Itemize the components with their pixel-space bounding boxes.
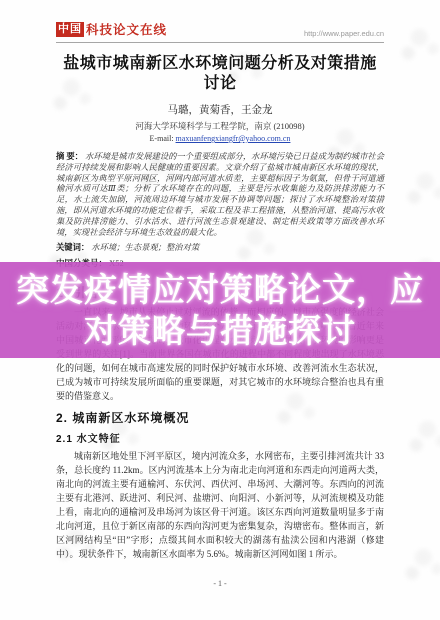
abstract-paragraph: 摘 要： 水环境是城市发展建设的一个重要组成部分，水环境污染已日益成为制约城市社… (56, 152, 384, 238)
logo-text: 科技论文在线 (86, 20, 167, 38)
promo-banner-line2: 对策略与措施探讨 (84, 310, 356, 351)
section-2-1-paragraph: 城南新区地处里下河平原区，境内河流众多，水网密布，主要引排河流共计 33 条，总… (56, 449, 384, 561)
keywords-text: 水环境；生态景观；整治对策 (91, 243, 199, 252)
section-2-1-heading: 2.1 水文特征 (56, 430, 384, 445)
abstract-text: 水环境是城市发展建设的一个重要组成部分，水环境污染已日益成为制约城市社会经济可持… (56, 152, 384, 237)
page-header: 中国 科技论文在线 http://www.paper.edu.cn (56, 20, 384, 43)
promo-banner-line1: 突发疫情应对策略论文，应 (16, 269, 424, 310)
email-link[interactable]: maxuanfengxiangfr@yahoo.com.cn (176, 134, 291, 143)
email-label: E-mail: (150, 134, 174, 143)
logo-cn-badge: 中国 (56, 22, 84, 37)
keywords-label: 关键词： (56, 243, 89, 252)
section-2-heading: 2. 城南新区水环境概况 (56, 409, 384, 426)
authors-line: 马璐，黄菊香，王金龙 (56, 102, 384, 117)
abstract-label: 摘 要： (56, 152, 83, 161)
site-url-link[interactable]: http://www.paper.edu.cn (304, 29, 384, 38)
site-logo: 中国 科技论文在线 (56, 20, 167, 38)
email-line: E-mail: maxuanfengxiangfr@yahoo.com.cn (56, 134, 384, 143)
keywords-line: 关键词： 水环境；生态景观；整治对策 (56, 241, 384, 253)
affiliation-line: 河海大学环境科学与工程学院，南京 (210098) (56, 120, 384, 132)
page-number: - 1 - (0, 579, 440, 588)
promo-banner-overlay: 突发疫情应对策略论文，应 对策略与措施探讨 (0, 262, 440, 358)
paper-title: 盐城市城南新区水环境问题分析及对策措施讨论 (56, 54, 384, 94)
